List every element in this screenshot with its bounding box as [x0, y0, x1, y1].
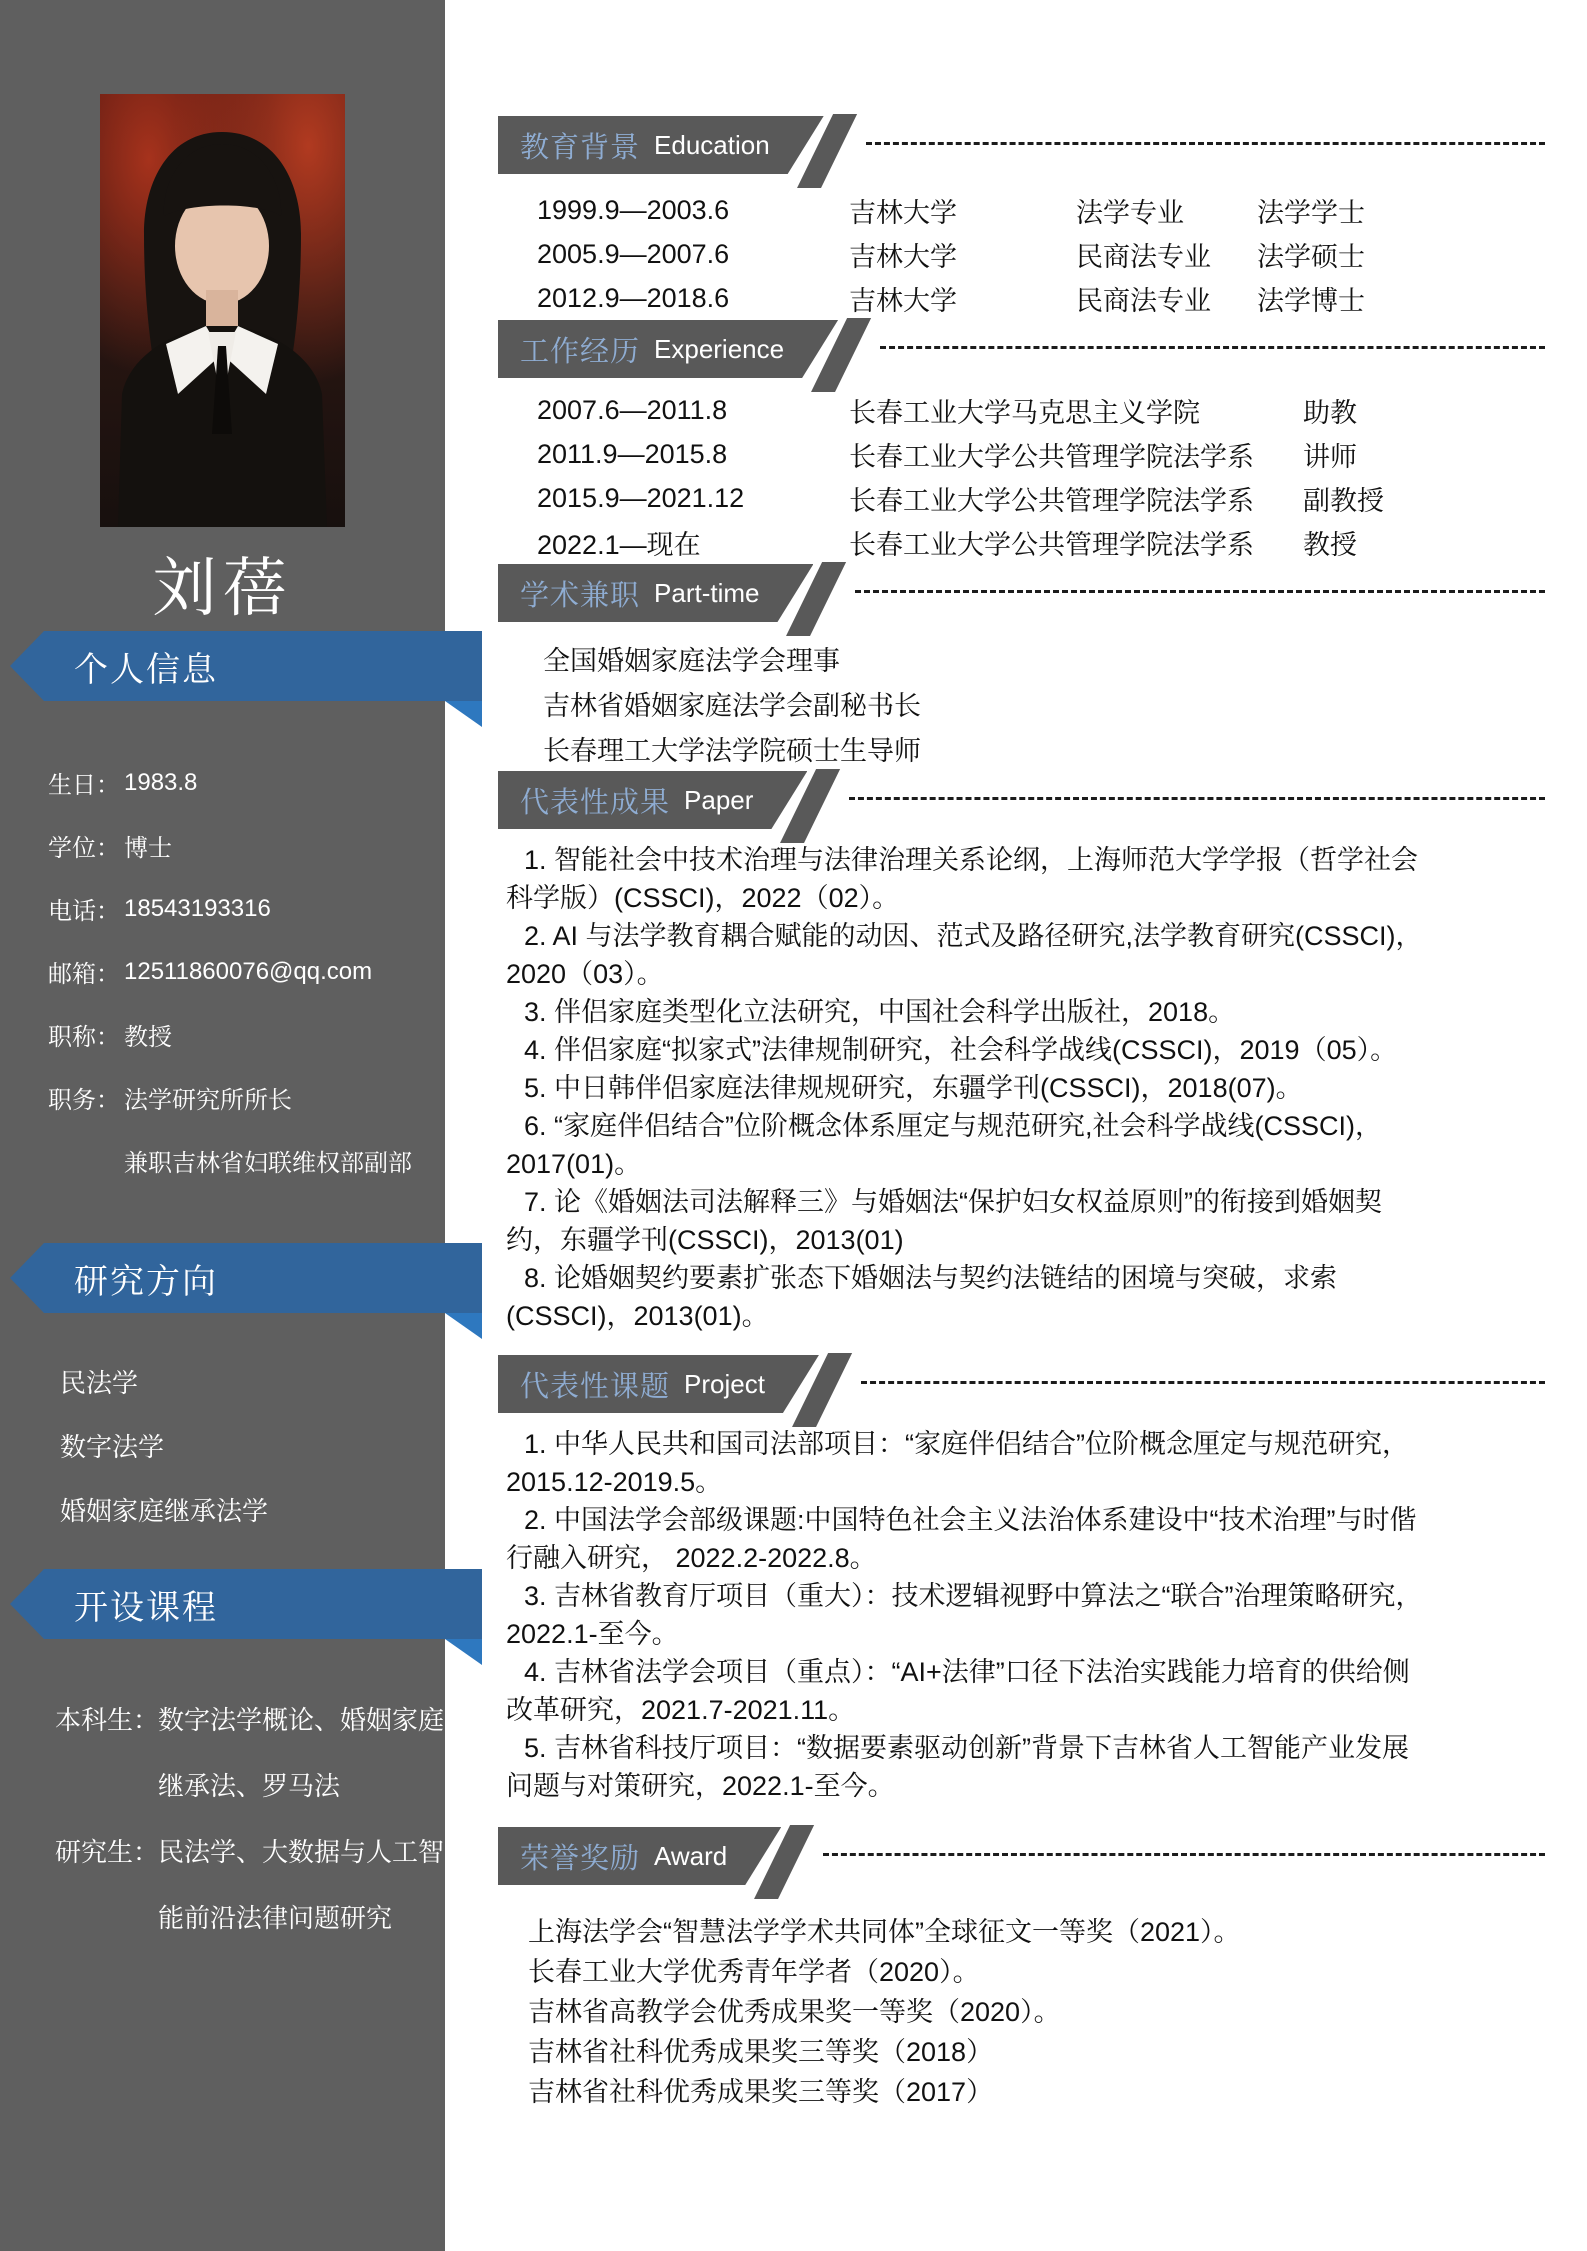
experience-row: 2011.9—2015.8长春工业大学公共管理学院法学系讲师	[498, 432, 1545, 476]
paper-item: 8. 论婚姻契约要素扩张态下婚姻法与契约法链结的困境与突破，求索(CSSCI)，…	[506, 1259, 1426, 1335]
personal-info-title: 个人信息	[74, 642, 218, 691]
dashed-line	[823, 1853, 1545, 1856]
info-value: 1983.8	[124, 769, 445, 797]
personal-info-item: 职务：法学研究所所长	[48, 1066, 445, 1129]
ribbon-fold	[445, 701, 482, 727]
paper-list: 1. 智能社会中技术治理与法律治理关系论纲，上海师范大学学报（哲学社会科学版）(…	[498, 841, 1545, 1335]
section-title-zh: 工作经历	[520, 329, 640, 370]
section-title-box: 代表性课题 Project	[498, 1355, 819, 1413]
personal-info-item: 学位：博士	[48, 814, 445, 877]
info-label: 职务：	[48, 1080, 124, 1115]
education-degree: 法学学士	[1257, 191, 1545, 230]
award-item: 吉林省社科优秀成果奖三等奖（2018）	[528, 2029, 1545, 2069]
section-header-parttime: 学术兼职 Part-time	[498, 564, 1545, 622]
info-label: 电话：	[48, 891, 124, 926]
course-label-spacer	[55, 1883, 158, 1949]
education-rows: 1999.9—2003.6吉林大学法学专业法学学士2005.9—2007.6吉林…	[498, 188, 1545, 320]
section-title-box: 教育背景 Education	[498, 116, 824, 174]
paper-item: 7. 论《婚姻法司法解释三》与婚姻法“保护妇女权益原则”的衔接到婚姻契约，东疆学…	[506, 1183, 1426, 1259]
project-item: 1. 中华人民共和国司法部项目：“家庭伴侣结合”位阶概念厘定与规范研究，2015…	[506, 1425, 1426, 1501]
experience-org: 长春工业大学公共管理学院法学系	[849, 435, 1303, 474]
education-major: 法学专业	[1076, 191, 1257, 230]
award-list: 上海法学会“智慧法学学术共同体”全球征文一等奖（2021）。长春工业大学优秀青年…	[528, 1909, 1545, 2109]
course-entry: 研究生：民法学、大数据与人工智能前沿法律问题研究	[55, 1817, 445, 1949]
paper-item: 1. 智能社会中技术治理与法律治理关系论纲，上海师范大学学报（哲学社会科学版）(…	[506, 841, 1426, 917]
course-line: 民法学、大数据与人工智	[158, 1817, 445, 1883]
info-value: 法学研究所所长	[124, 1080, 445, 1115]
experience-org: 长春工业大学马克思主义学院	[849, 391, 1303, 430]
paper-item: 3. 伴侣家庭类型化立法研究，中国社会科学出版社，2018。	[506, 993, 1426, 1031]
experience-row: 2022.1—现在长春工业大学公共管理学院法学系教授	[498, 520, 1545, 564]
research-item: 婚姻家庭继承法学	[60, 1477, 445, 1541]
info-value: 兼职吉林省妇联维权部副部	[124, 1143, 445, 1178]
ribbon-fold	[445, 1639, 482, 1665]
experience-title: 副教授	[1303, 479, 1545, 518]
courses-title: 开设课程	[74, 1580, 218, 1629]
course-list: 本科生：数字法学概论、婚姻家庭继承法、罗马法研究生：民法学、大数据与人工智能前沿…	[0, 1685, 445, 1949]
course-line: 继承法、罗马法	[158, 1751, 445, 1817]
experience-title: 教授	[1303, 523, 1545, 562]
section-header-projects: 代表性课题 Project	[498, 1355, 1545, 1413]
paper-item: 5. 中日韩伴侣家庭法律规规研究，东疆学刊(CSSCI)，2018(07)。	[506, 1069, 1426, 1107]
personal-info-list: 生日：1983.8学位：博士电话：18543193316邮箱：125118600…	[0, 751, 445, 1192]
education-degree: 法学博士	[1257, 279, 1545, 318]
info-label: 职称：	[48, 1017, 124, 1052]
personal-info-item: 职称：教授	[48, 1003, 445, 1066]
info-value: 博士	[124, 828, 445, 863]
education-period: 2005.9—2007.6	[537, 239, 849, 270]
award-item: 上海法学会“智慧法学学术共同体”全球征文一等奖（2021）。	[528, 1909, 1545, 1949]
paper-item: 2. AI 与法学教育耦合赋能的动因、范式及路径研究,法学教育研究(CSSCI)…	[506, 917, 1426, 993]
project-item: 5. 吉林省科技厅项目：“数据要素驱动创新”背景下吉林省人工智能产业发展问题与对…	[506, 1729, 1426, 1805]
section-header-awards: 荣誉奖励 Award	[498, 1827, 1545, 1885]
resume-page: 刘蓓 个人信息 生日：1983.8学位：博士电话：18543193316邮箱：1…	[0, 0, 1587, 2251]
section-header-experience: 工作经历 Experience	[498, 320, 1545, 378]
personal-info-item: 电话：18543193316	[48, 877, 445, 940]
personal-info-item: 生日：1983.8	[48, 751, 445, 814]
award-item: 吉林省社科优秀成果奖三等奖（2017）	[528, 2069, 1545, 2109]
dashed-line	[880, 346, 1545, 349]
section-title-box: 工作经历 Experience	[498, 320, 838, 378]
section-title-zh: 学术兼职	[520, 573, 640, 614]
education-row: 2005.9—2007.6吉林大学民商法专业法学硕士	[498, 232, 1545, 276]
section-title-box: 荣誉奖励 Award	[498, 1827, 781, 1885]
experience-row: 2015.9—2021.12长春工业大学公共管理学院法学系副教授	[498, 476, 1545, 520]
section-title-en: Experience	[654, 334, 784, 365]
section-title-en: Project	[684, 1369, 765, 1400]
parttime-item: 吉林省婚姻家庭法学会副秘书长	[543, 681, 1545, 726]
info-label: 生日：	[48, 765, 124, 800]
experience-rows: 2007.6—2011.8长春工业大学马克思主义学院助教2011.9—2015.…	[498, 388, 1545, 564]
experience-org: 长春工业大学公共管理学院法学系	[849, 523, 1303, 562]
education-school: 吉林大学	[849, 235, 1076, 274]
courses-banner: 开设课程	[0, 1569, 445, 1639]
section-title-en: Award	[654, 1841, 727, 1872]
experience-period: 2022.1—现在	[537, 523, 849, 562]
education-period: 2012.9—2018.6	[537, 283, 849, 314]
experience-period: 2007.6—2011.8	[537, 395, 849, 426]
dashed-line	[849, 797, 1545, 800]
project-item: 3. 吉林省教育厅项目（重大）：技术逻辑视野中算法之“联合”治理策略研究，202…	[506, 1577, 1426, 1653]
research-item: 数字法学	[60, 1413, 445, 1477]
project-list: 1. 中华人民共和国司法部项目：“家庭伴侣结合”位阶概念厘定与规范研究，2015…	[498, 1425, 1545, 1805]
dashed-line	[855, 590, 1545, 593]
parttime-item: 全国婚姻家庭法学会理事	[543, 636, 1545, 681]
info-value: 教授	[124, 1017, 445, 1052]
paper-item: 4. 伴侣家庭“拟家式”法律规制研究，社会科学战线(CSSCI)，2019（05…	[506, 1031, 1426, 1069]
education-period: 1999.9—2003.6	[537, 195, 849, 226]
section-header-education: 教育背景 Education	[498, 116, 1545, 174]
award-item: 长春工业大学优秀青年学者（2020）。	[528, 1949, 1545, 1989]
courses-banner-ribbon: 开设课程	[10, 1569, 482, 1639]
award-item: 吉林省高教学会优秀成果奖一等奖（2020）。	[528, 1989, 1545, 2029]
section-title-zh: 代表性成果	[520, 780, 670, 821]
section-title-zh: 教育背景	[520, 125, 640, 166]
experience-row: 2007.6—2011.8长春工业大学马克思主义学院助教	[498, 388, 1545, 432]
section-title-en: Paper	[684, 785, 753, 816]
paper-item: 6. “家庭伴侣结合”位阶概念体系厘定与规范研究,社会科学战线(CSSCI)，2…	[506, 1107, 1426, 1183]
course-line: 数字法学概论、婚姻家庭	[158, 1685, 445, 1751]
personal-info-item: 邮箱：12511860076@qq.com	[48, 940, 445, 1003]
section-title-zh: 代表性课题	[520, 1364, 670, 1405]
parttime-list: 全国婚姻家庭法学会理事吉林省婚姻家庭法学会副秘书长长春理工大学法学院硕士生导师	[543, 636, 1545, 771]
education-major: 民商法专业	[1076, 279, 1257, 318]
portrait-photo	[100, 94, 345, 527]
dashed-line	[861, 1381, 1545, 1384]
course-line: 能前沿法律问题研究	[158, 1883, 445, 1949]
project-item: 2. 中国法学会部级课题:中国特色社会主义法治体系建设中“技术治理”与时偕行融入…	[506, 1501, 1426, 1577]
research-item: 民法学	[60, 1349, 445, 1413]
education-major: 民商法专业	[1076, 235, 1257, 274]
education-school: 吉林大学	[849, 279, 1076, 318]
info-label: 学位：	[48, 828, 124, 863]
section-title-en: Education	[654, 130, 770, 161]
research-title: 研究方向	[74, 1254, 218, 1303]
section-header-papers: 代表性成果 Paper	[498, 771, 1545, 829]
personal-info-item-continuation: 兼职吉林省妇联维权部副部	[48, 1129, 445, 1192]
dashed-line	[866, 142, 1545, 145]
person-name: 刘蓓	[0, 553, 445, 623]
section-title-box: 学术兼职 Part-time	[498, 564, 813, 622]
course-label-spacer	[55, 1751, 158, 1817]
course-entry: 本科生：数字法学概论、婚姻家庭继承法、罗马法	[55, 1685, 445, 1817]
experience-period: 2015.9—2021.12	[537, 483, 849, 514]
education-school: 吉林大学	[849, 191, 1076, 230]
info-label: 邮箱：	[48, 954, 124, 989]
experience-title: 讲师	[1303, 435, 1545, 474]
personal-info-banner-ribbon: 个人信息	[10, 631, 482, 701]
ribbon-fold	[445, 1313, 482, 1339]
education-degree: 法学硕士	[1257, 235, 1545, 274]
section-title-zh: 荣誉奖励	[520, 1836, 640, 1877]
section-title-box: 代表性成果 Paper	[498, 771, 807, 829]
education-row: 1999.9—2003.6吉林大学法学专业法学学士	[498, 188, 1545, 232]
personal-info-banner: 个人信息	[0, 631, 445, 701]
experience-period: 2011.9—2015.8	[537, 439, 849, 470]
experience-title: 助教	[1303, 391, 1545, 430]
course-label: 本科生：	[55, 1685, 158, 1751]
main-content: 教育背景 Education 1999.9—2003.6吉林大学法学专业法学学士…	[498, 0, 1545, 2109]
section-title-en: Part-time	[654, 578, 759, 609]
research-banner-ribbon: 研究方向	[10, 1243, 482, 1313]
sidebar: 刘蓓 个人信息 生日：1983.8学位：博士电话：18543193316邮箱：1…	[0, 0, 445, 2251]
info-value: 18543193316	[124, 895, 445, 923]
research-banner: 研究方向	[0, 1243, 445, 1313]
experience-org: 长春工业大学公共管理学院法学系	[849, 479, 1303, 518]
project-item: 4. 吉林省法学会项目（重点）：“AI+法律”口径下法治实践能力培育的供给侧改革…	[506, 1653, 1426, 1729]
research-list: 民法学数字法学婚姻家庭继承法学	[0, 1349, 445, 1541]
info-value: 12511860076@qq.com	[124, 958, 445, 986]
course-label: 研究生：	[55, 1817, 158, 1883]
education-row: 2012.9—2018.6吉林大学民商法专业法学博士	[498, 276, 1545, 320]
parttime-item: 长春理工大学法学院硕士生导师	[543, 726, 1545, 771]
